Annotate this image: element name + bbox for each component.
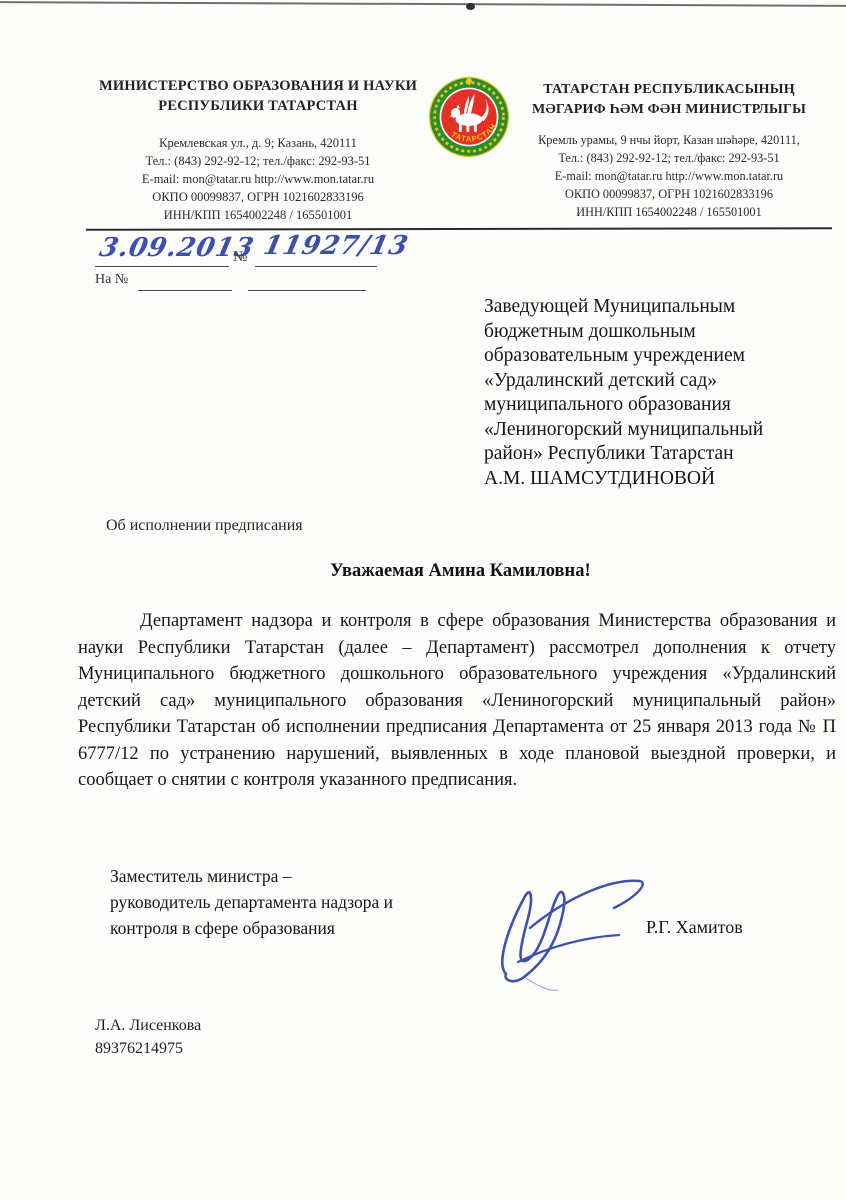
- contact-line-email: E-mail: mon@tatar.ru http://www.mon.tata…: [84, 170, 432, 188]
- contact-line-inn: ИНН/КПП 1654002248 / 165501001: [84, 206, 432, 224]
- org-block-tatar: ТАТАРСТАН РЕСПУБЛИКАСЫНЫҢ МӘГАРИФ ҺӘМ ФӘ…: [500, 80, 838, 221]
- org-block-russian: МИНИСТЕРСТВО ОБРАЗОВАНИЯ И НАУКИ РЕСПУБЛ…: [84, 76, 432, 224]
- addressee-block: Заведующей Муниципальным бюджетным дошко…: [484, 295, 824, 491]
- org-contacts-russian: Кремлевская ул., д. 9; Казань, 420111 Те…: [84, 134, 432, 225]
- contact-line-address: Кремлевская ул., д. 9; Казань, 420111: [84, 134, 432, 152]
- org-title-line: РЕСПУБЛИКИ ТАТАРСТАН: [84, 96, 432, 116]
- body-paragraph: Департамент надзора и контроля в сфере о…: [78, 608, 836, 794]
- signer-name: Р.Г. Хамитов: [646, 917, 743, 938]
- contact-line-okpo: ОКПО 00099837, ОГРН 1021602833196: [84, 188, 432, 206]
- scan-artifact-blob: [466, 3, 475, 10]
- addressee-line: образовательным учреждением: [484, 344, 824, 369]
- subject-line: Об исполнении предписания: [106, 517, 303, 535]
- addressee-line: Заведующей Муниципальным: [484, 295, 824, 320]
- contact-line-address: Кремль урамы, 9 нчы йорт, Казан шәһәре, …: [500, 132, 838, 150]
- in-reply-to-label: На №: [95, 272, 128, 288]
- tatarstan-emblem-icon: ТАТАРСТАН: [427, 75, 511, 159]
- signer-title-line: руководитель департамента надзора и: [110, 889, 455, 915]
- addressee-line: бюджетным дошкольным: [484, 320, 824, 345]
- header-divider: [86, 227, 832, 231]
- in-reply-underline-2: [248, 290, 366, 291]
- outgoing-number-handwritten: 11927/13: [261, 231, 412, 261]
- salutation: Уважаемая Амина Камиловна!: [330, 561, 591, 582]
- contact-line-phone: Тел.: (843) 292-92-12; тел./факс: 292-93…: [500, 150, 838, 168]
- executor-phone: 89376214975: [95, 1037, 201, 1060]
- signature-scribble: [488, 866, 663, 996]
- org-title-line: ТАТАРСТАН РЕСПУБЛИКАСЫНЫҢ: [500, 80, 838, 100]
- date-underline: [95, 266, 229, 267]
- org-contacts-tatar: Кремль урамы, 9 нчы йорт, Казан шәһәре, …: [500, 132, 838, 221]
- org-title-line: МИНИСТЕРСТВО ОБРАЗОВАНИЯ И НАУКИ: [84, 76, 432, 96]
- addressee-line: «Лениногорский муниципальный: [484, 418, 824, 443]
- addressee-line: район» Республики Татарстан: [484, 442, 824, 467]
- org-title-line: МӘГАРИФ ҺӘМ ФӘН МИНИСТРЛЫГЫ: [500, 100, 838, 120]
- signer-title-line: контроля в сфере образования: [110, 915, 455, 941]
- signer-title-line: Заместитель министра –: [110, 863, 455, 889]
- org-title-tatar: ТАТАРСТАН РЕСПУБЛИКАСЫНЫҢ МӘГАРИФ ҺӘМ ФӘ…: [500, 80, 838, 119]
- letter-page: МИНИСТЕРСТВО ОБРАЗОВАНИЯ И НАУКИ РЕСПУБЛ…: [0, 0, 846, 1200]
- addressee-name: А.М. ШАМСУТДИНОВОЙ: [484, 467, 824, 492]
- number-underline: [255, 266, 377, 267]
- contact-line-inn: ИНН/КПП 1654002248 / 165501001: [500, 204, 838, 222]
- number-label: №: [233, 249, 247, 266]
- addressee-line: «Урдалинский детский сад»: [484, 369, 824, 394]
- org-title-russian: МИНИСТЕРСТВО ОБРАЗОВАНИЯ И НАУКИ РЕСПУБЛ…: [84, 76, 432, 117]
- executor-name: Л.А. Лисенкова: [95, 1014, 201, 1037]
- contact-line-okpo: ОКПО 00099837, ОГРН 1021602833196: [500, 186, 838, 204]
- contact-line-phone: Тел.: (843) 292-92-12; тел./факс: 292-93…: [84, 152, 432, 170]
- in-reply-underline-1: [138, 290, 232, 291]
- scan-artifact-line: [0, 1, 846, 7]
- addressee-line: муниципального образования: [484, 393, 824, 418]
- executor-block: Л.А. Лисенкова 89376214975: [95, 1014, 201, 1060]
- signer-title-block: Заместитель министра – руководитель депа…: [110, 863, 455, 941]
- contact-line-email: E-mail: mon@tatar.ru http://www.mon.tata…: [500, 168, 838, 186]
